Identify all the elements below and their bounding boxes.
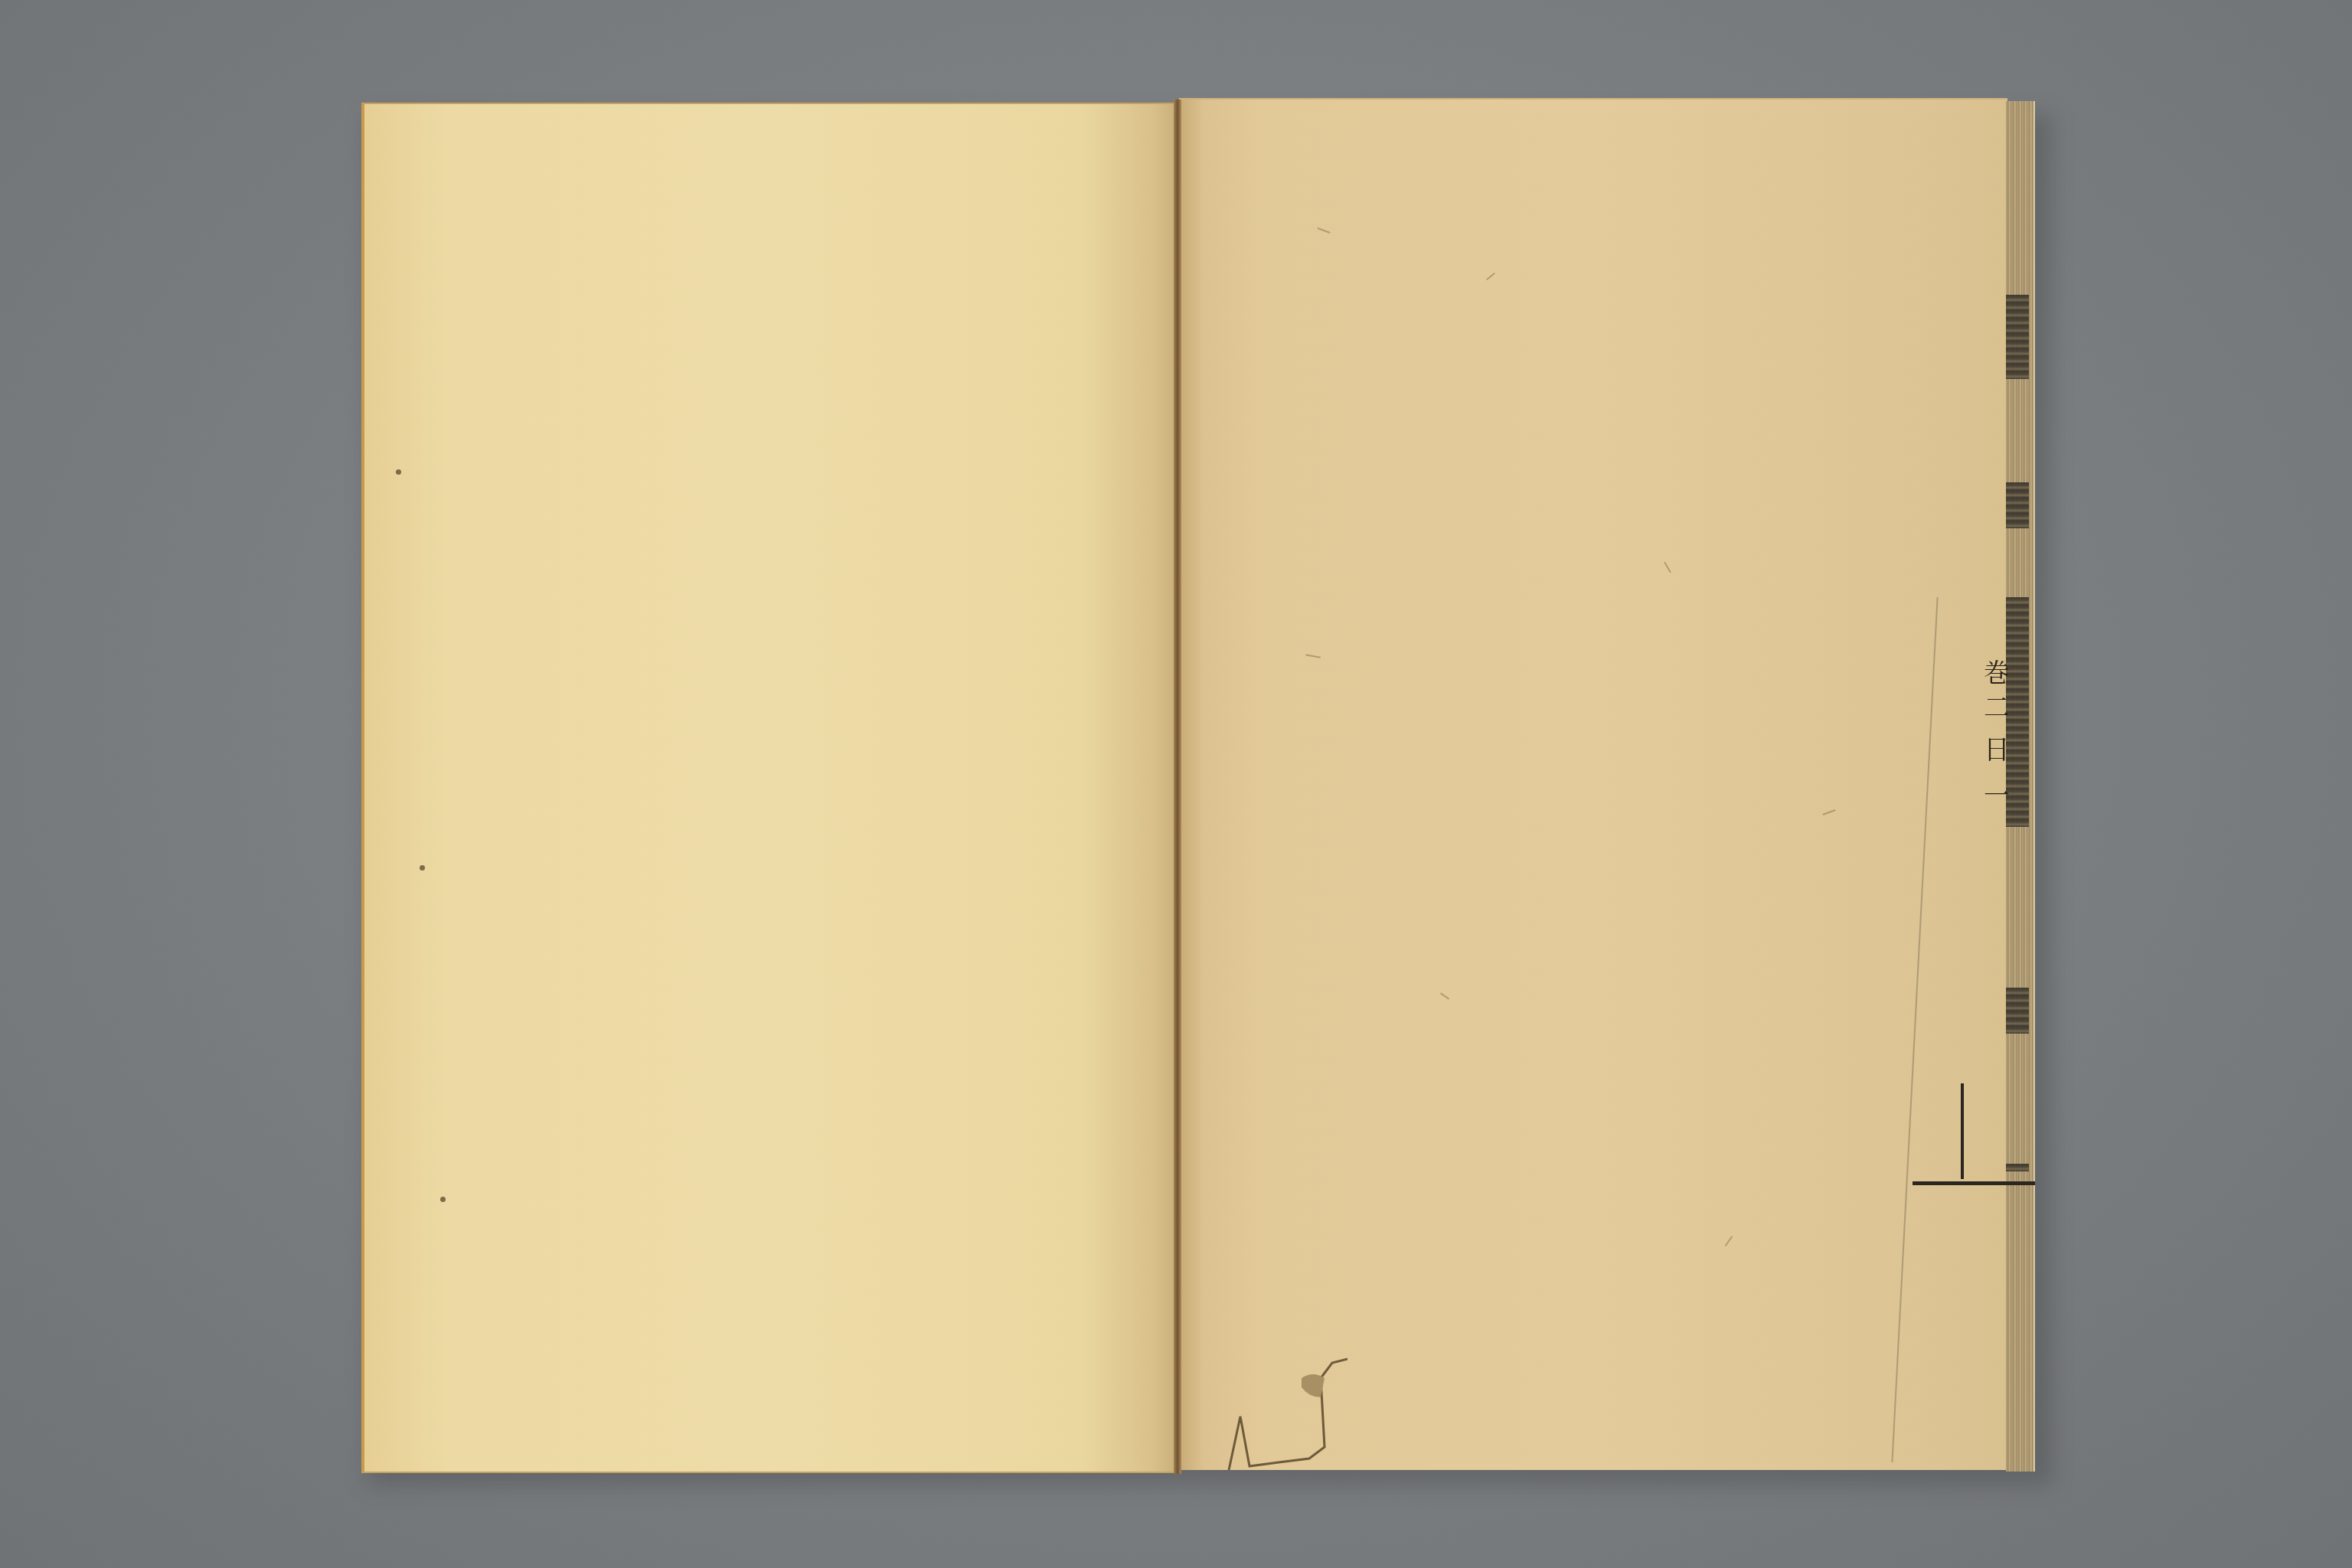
paper-spot [440,1197,446,1202]
right-page [1179,98,2007,1470]
bleed-glyph: 一 [1981,781,2012,812]
bleed-glyph: 二 [1981,693,2012,724]
show-through-rule [1961,1083,1964,1179]
book-photo-scene: 巻 二 日 一 [0,0,2352,1568]
bleed-glyph: 日 [1981,735,2012,766]
left-page [361,103,1178,1473]
paper-spot [396,469,401,475]
book-gutter [1174,100,1181,1474]
edge-ink-mark [2006,482,2029,528]
paper-spot [420,865,425,871]
edge-ink-mark [2006,988,2029,1034]
edge-ink-mark [2006,295,2029,379]
bleed-glyph: 巻 [1981,658,2012,689]
show-through-rule [1913,1181,2035,1185]
torn-corner-damage [1225,1332,1347,1470]
edge-ink-mark [2006,1164,2029,1171]
